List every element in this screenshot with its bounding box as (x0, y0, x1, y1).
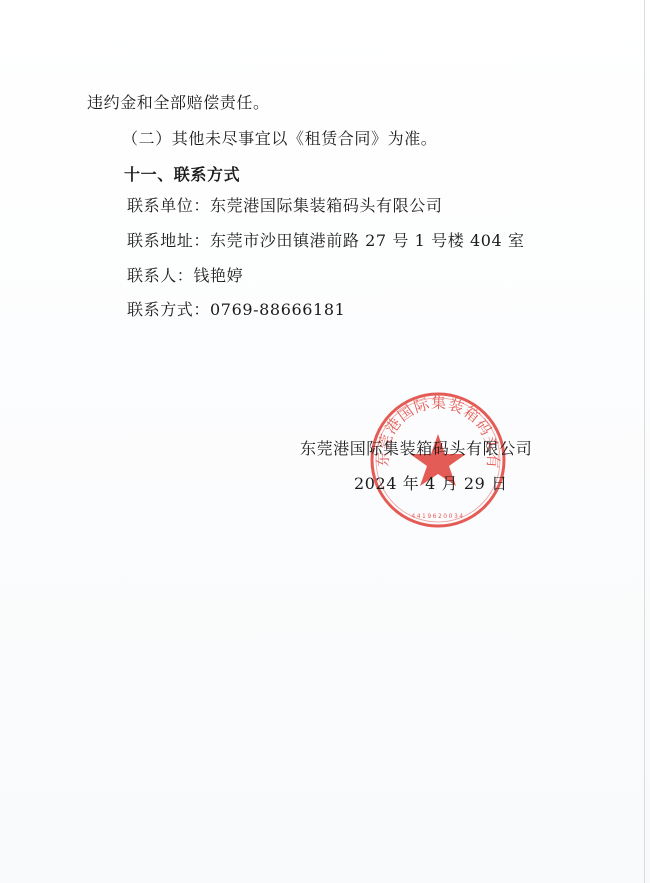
signature-date: 2024 年 4 月 29 日 (354, 474, 508, 494)
field-label: 联系方式： (127, 300, 210, 319)
contact-field-person: 联系人：钱艳婷 (127, 266, 243, 286)
paragraph-other-matters: （二）其他未尽事宜以《租赁合同》为准。 (122, 129, 437, 149)
paragraph-penalty: 违约金和全部赔偿责任。 (87, 93, 270, 113)
field-value: 东莞市沙田镇港前路 27 号 1 号楼 404 室 (210, 231, 525, 250)
contact-field-address: 联系地址：东莞市沙田镇港前路 27 号 1 号楼 404 室 (127, 231, 525, 251)
field-value: 钱艳婷 (193, 266, 243, 285)
contact-field-unit: 联系单位：东莞港国际集装箱码头有限公司 (127, 196, 442, 216)
field-value: 0769-88666181 (210, 300, 345, 319)
scan-edge-line (644, 0, 645, 883)
field-label: 联系单位： (127, 196, 210, 215)
section-heading-contact: 十一、联系方式 (124, 165, 240, 185)
company-seal-stamp: 东莞港国际集装箱码头有限公司 4419620034 (368, 390, 508, 530)
svg-text:4419620034: 4419620034 (411, 513, 464, 520)
field-label: 联系地址： (127, 231, 210, 250)
document-page: 违约金和全部赔偿责任。 （二）其他未尽事宜以《租赁合同》为准。 十一、联系方式 … (0, 0, 650, 883)
contact-field-phone: 联系方式：0769-88666181 (127, 300, 345, 320)
field-label: 联系人： (127, 266, 193, 285)
field-value: 东莞港国际集装箱码头有限公司 (210, 196, 442, 215)
signature-company: 东莞港国际集装箱码头有限公司 (300, 439, 532, 459)
